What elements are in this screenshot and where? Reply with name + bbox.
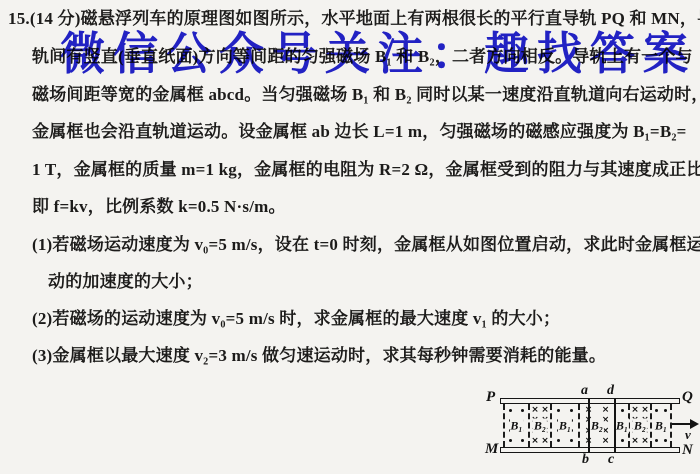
field-out-of-page-dot-icon [663, 407, 669, 413]
label-d: d [607, 383, 614, 398]
problem-question-3: (3)金属框以最大速度 v₂=3 m/s 做匀速运动时，求其每秒钟需要消耗的能量… [32, 346, 606, 366]
field-out-of-page-dot-icon [663, 438, 669, 444]
exam-page-scan: 微信公众号关注：趣找答案 15.(14 分)磁悬浮列车的原理图如图所示，水平地面… [0, 0, 700, 474]
problem-line-3: 磁场间距等宽的金属框 abcd。当匀强磁场 B₁ 和 B₂ 同时以某一速度沿直轨… [32, 85, 700, 105]
label-N: N [682, 443, 693, 458]
field-symbol-row [652, 437, 670, 445]
field-out-of-page-dot-icon [519, 438, 525, 444]
label-a: a [581, 383, 588, 398]
field-region-label: B₁ [615, 418, 629, 433]
field-symbol-row [552, 437, 578, 445]
field-region-3: B₁ [550, 404, 578, 447]
field-into-page-cross-icon: × [603, 407, 609, 413]
maglev-principle-figure: B₁××××××××B₂B₁××××××××B₂B₁××××××××B₂B₁ P… [486, 386, 700, 474]
label-c: c [608, 452, 614, 467]
field-out-of-page-dot-icon [556, 438, 562, 444]
problem-line-6: 即 f=kv，比例系数 k=0.5 N·s/m。 [32, 197, 286, 217]
field-symbol-row: ×× [530, 406, 550, 414]
field-out-of-page-dot-icon [654, 438, 660, 444]
field-out-of-page-dot-icon [654, 407, 660, 413]
rail-MN [500, 447, 680, 453]
field-into-page-cross-icon: × [542, 407, 548, 413]
field-symbol-row [652, 406, 670, 414]
frame-side-dc [614, 398, 616, 453]
field-out-of-page-dot-icon [619, 438, 625, 444]
label-b: b [582, 452, 589, 467]
field-into-page-cross-icon: × [542, 438, 548, 444]
field-symbol-row: ×× [530, 437, 550, 445]
problem-question-2: (2)若磁场的运动速度为 v₀=5 m/s 时，求金属框的最大速度 v₁ 的大小… [32, 309, 560, 329]
watermark-text: 微信公众号关注：趣找答案 [60, 17, 696, 82]
field-region-label: B₁ [654, 418, 668, 433]
field-into-page-cross-icon: × [532, 407, 538, 413]
velocity-arrow [672, 423, 692, 425]
field-region-label: B₂ [533, 418, 547, 433]
label-P: P [486, 390, 495, 405]
field-region-4: ××××××××B₂ [578, 404, 614, 447]
field-into-page-cross-icon: × [603, 438, 609, 444]
field-into-page-cross-icon: × [642, 407, 648, 413]
field-region-2: ××××××××B₂ [528, 404, 550, 447]
field-region-label: B₁ [509, 418, 523, 433]
field-region-7: B₁ [650, 404, 672, 447]
field-symbol-row [505, 406, 528, 414]
field-symbol-row: ×× [580, 437, 614, 445]
problem-question-1-cont: 动的加速度的大小； [48, 272, 203, 292]
field-symbol-row [505, 437, 528, 445]
field-region-label: B₂ [633, 418, 647, 433]
field-symbol-row [616, 406, 628, 414]
field-into-page-cross-icon: × [642, 438, 648, 444]
field-out-of-page-dot-icon [508, 438, 514, 444]
field-region-label: B₂ [590, 418, 604, 433]
field-symbol-row: ×× [580, 406, 614, 414]
velocity-arrowhead-icon [690, 419, 699, 429]
field-out-of-page-dot-icon [519, 407, 525, 413]
field-symbol-row: ×× [630, 437, 650, 445]
field-symbol-row: ×× [630, 406, 650, 414]
label-v: v [685, 427, 691, 442]
field-region-1: B₁ [503, 404, 528, 447]
problem-line-4: 金属框也会沿直轨道运动。设金属框 ab 边长 L=1 m，匀强磁场的磁感应强度为… [32, 122, 687, 142]
field-out-of-page-dot-icon [569, 438, 575, 444]
label-Q: Q [682, 390, 693, 405]
label-M: M [485, 442, 498, 457]
frame-side-ab [588, 398, 590, 453]
field-region-label: B₁ [558, 418, 572, 433]
field-into-page-cross-icon: × [632, 438, 638, 444]
field-region-6: ××××××××B₂ [628, 404, 650, 447]
problem-question-1: (1)若磁场运动速度为 v₀=5 m/s，设在 t=0 时刻，金属框从如图位置启… [32, 235, 700, 255]
field-symbol-row [616, 437, 628, 445]
field-out-of-page-dot-icon [556, 407, 562, 413]
field-into-page-cross-icon: × [532, 438, 538, 444]
field-symbol-row [552, 406, 578, 414]
field-region-5: B₁ [614, 404, 628, 447]
field-out-of-page-dot-icon [569, 407, 575, 413]
problem-line-5: 1 T，金属框的质量 m=1 kg，金属框的电阻为 R=2 Ω，金属框受到的阻力… [32, 160, 700, 180]
field-out-of-page-dot-icon [619, 407, 625, 413]
field-into-page-cross-icon: × [632, 407, 638, 413]
field-out-of-page-dot-icon [508, 407, 514, 413]
